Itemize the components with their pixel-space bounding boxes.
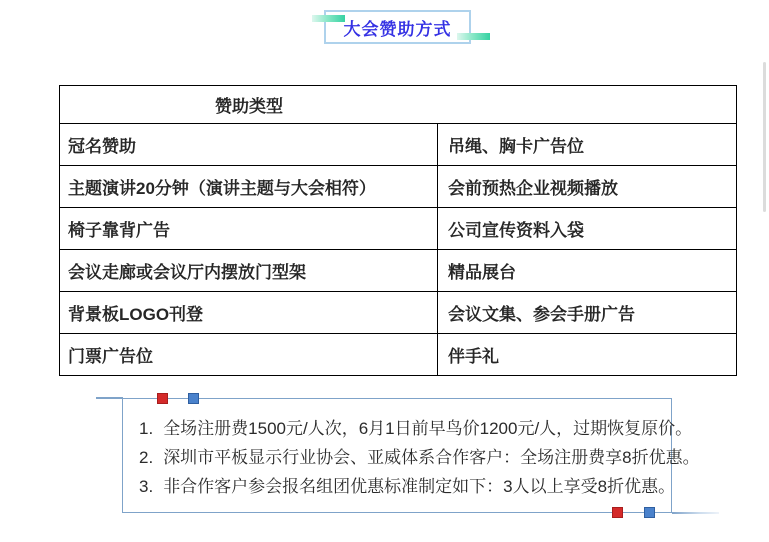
table-row: 会议走廊或会议厅内摆放门型架 精品展台 (60, 250, 737, 292)
note-text: 全场注册费1500元/人次，6月1日前早鸟价1200元/人，过期恢复原价。 (163, 414, 692, 443)
table-cell: 公司宣传资料入袋 (438, 208, 737, 250)
note-text: 深圳市平板显示行业协会、亚威体系合作客户：全场注册费享8折优惠。 (163, 443, 699, 472)
table-cell: 主题演讲20分钟（演讲主题与大会相符） (60, 166, 438, 208)
table-cell: 背景板LOGO刊登 (60, 292, 438, 334)
table-cell: 会议文集、参会手册广告 (438, 292, 737, 334)
table-cell: 椅子靠背广告 (60, 208, 438, 250)
selection-handle-blue-top[interactable] (188, 393, 199, 404)
table-cell: 伴手礼 (438, 334, 737, 376)
table-cell: 门票广告位 (60, 334, 438, 376)
title-accent-bar-left (312, 15, 345, 22)
table-cell: 会议走廊或会议厅内摆放门型架 (60, 250, 438, 292)
table-header-row: 赞助类型 (60, 86, 737, 124)
table-row: 背景板LOGO刊登 会议文集、参会手册广告 (60, 292, 737, 334)
selection-extension-line-bottom (672, 512, 719, 514)
selection-handle-red-bottom[interactable] (612, 507, 623, 518)
table-row: 椅子靠背广告 公司宣传资料入袋 (60, 208, 737, 250)
table-cell: 会前预热企业视频播放 (438, 166, 737, 208)
title-box: 大会赞助方式 (324, 10, 471, 44)
note-text: 非合作客户参会报名组团优惠标准制定如下：3人以上享受8折优惠。 (163, 472, 675, 501)
selection-extension-line-top (96, 397, 123, 399)
note-item: 1. 全场注册费1500元/人次，6月1日前早鸟价1200元/人，过期恢复原价。 (139, 414, 671, 443)
selection-handle-blue-bottom[interactable] (644, 507, 655, 518)
table-header-cell: 赞助类型 (60, 86, 737, 124)
table-cell: 冠名赞助 (60, 124, 438, 166)
note-item: 2. 深圳市平板显示行业协会、亚威体系合作客户：全场注册费享8折优惠。 (139, 443, 671, 472)
scrollbar-thumb[interactable] (763, 62, 766, 212)
notes-box[interactable]: 1. 全场注册费1500元/人次，6月1日前早鸟价1200元/人，过期恢复原价。… (122, 398, 672, 513)
table-row: 主题演讲20分钟（演讲主题与大会相符） 会前预热企业视频播放 (60, 166, 737, 208)
note-number: 3. (139, 472, 153, 501)
sponsorship-table: 赞助类型 冠名赞助 吊绳、胸卡广告位 主题演讲20分钟（演讲主题与大会相符） 会… (59, 85, 737, 376)
table-cell: 精品展台 (438, 250, 737, 292)
note-item: 3. 非合作客户参会报名组团优惠标准制定如下：3人以上享受8折优惠。 (139, 472, 671, 501)
note-number: 1. (139, 414, 153, 443)
table-cell: 吊绳、胸卡广告位 (438, 124, 737, 166)
selection-handle-red-top[interactable] (157, 393, 168, 404)
page-title: 大会赞助方式 (344, 15, 452, 40)
table-row: 门票广告位 伴手礼 (60, 334, 737, 376)
table-row: 冠名赞助 吊绳、胸卡广告位 (60, 124, 737, 166)
note-number: 2. (139, 443, 153, 472)
title-accent-bar-right (457, 33, 490, 40)
document-page: 大会赞助方式 赞助类型 冠名赞助 吊绳、胸卡广告位 主题演讲20分钟（演讲主题与… (0, 0, 769, 542)
table-header-label: 赞助类型 (60, 92, 438, 117)
